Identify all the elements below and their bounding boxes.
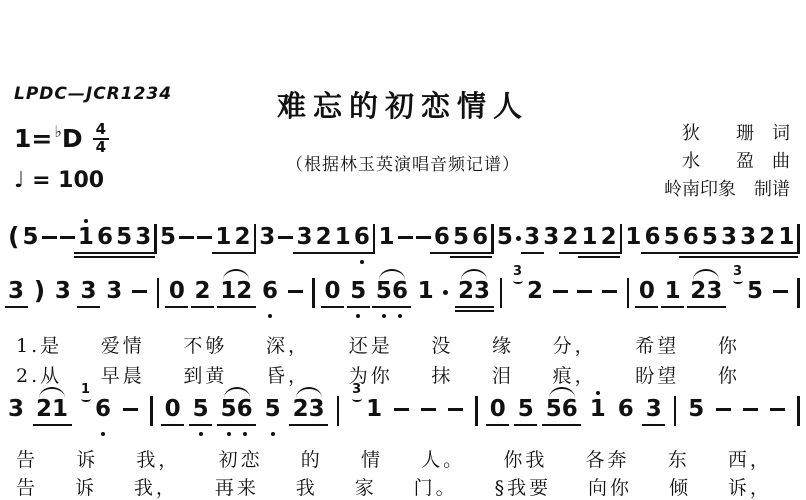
dot-token bbox=[516, 214, 521, 266]
note-token: 35 bbox=[747, 268, 763, 320]
note-digit: 2 bbox=[759, 224, 775, 250]
note-digit-zone: 1 bbox=[625, 224, 641, 250]
time-signature: 4 4 bbox=[93, 122, 109, 156]
note-token: 2 bbox=[601, 214, 617, 266]
underline-zone bbox=[309, 422, 325, 431]
note-digit-zone: 1 bbox=[78, 224, 94, 250]
dash-token bbox=[288, 268, 303, 320]
note-digit-zone bbox=[42, 224, 57, 250]
note-digit-zone: 6 bbox=[472, 224, 488, 250]
note-underline bbox=[775, 256, 798, 259]
note-token: 0 bbox=[639, 268, 655, 320]
key-note: D bbox=[62, 124, 83, 153]
note-digit-zone bbox=[398, 224, 413, 250]
lyric-row: 告诉我，初恋的情人。你我各奔东西， bbox=[16, 445, 772, 472]
note-digit-zone: 0 bbox=[165, 396, 181, 422]
note-digit-zone: 5 bbox=[688, 396, 704, 422]
note-token: 1 bbox=[215, 214, 231, 266]
note-digit: 1 bbox=[335, 224, 351, 250]
note-token: 2 bbox=[195, 268, 211, 320]
underline-zone bbox=[601, 250, 617, 259]
note-underline bbox=[469, 252, 492, 255]
dash-icon bbox=[716, 408, 731, 411]
note-token: 1 bbox=[379, 214, 395, 266]
octave-dot-below-zone bbox=[101, 431, 105, 438]
lyric-word: 人。 bbox=[421, 445, 465, 472]
underline-zone bbox=[132, 304, 147, 313]
note-digit-zone: 5 bbox=[664, 224, 680, 250]
note-digit: 3 bbox=[135, 224, 151, 250]
note-digit: 5 bbox=[116, 224, 132, 250]
underline-zone bbox=[524, 250, 540, 259]
note-digit: 2 bbox=[527, 278, 543, 304]
note-underline bbox=[77, 306, 100, 309]
note-digit-zone: 1 bbox=[590, 396, 606, 422]
note-token: 5 bbox=[350, 268, 366, 320]
note-token: 3 bbox=[721, 214, 737, 266]
underline-zone bbox=[123, 422, 138, 431]
note-digit: 2 bbox=[601, 224, 617, 250]
note-digit: 5 bbox=[23, 224, 39, 250]
note-underline bbox=[775, 252, 798, 255]
lyric-word: 门。 bbox=[414, 473, 458, 500]
underline-zone bbox=[8, 304, 24, 313]
octave-dot-below bbox=[360, 260, 364, 264]
octave-dot-below-zone bbox=[398, 313, 402, 320]
transcriber-credit: 岭南印象 制谱 bbox=[664, 176, 790, 204]
paren-glyph: ( bbox=[8, 224, 19, 250]
note-underline bbox=[471, 306, 494, 309]
lyric-word: 为你 bbox=[349, 361, 393, 388]
note-underline bbox=[597, 256, 620, 259]
lyric-word: 情 bbox=[361, 445, 383, 472]
dash-token bbox=[770, 386, 785, 438]
underline-zone bbox=[518, 422, 534, 431]
dash-token bbox=[42, 214, 57, 266]
underline-zone bbox=[688, 422, 704, 431]
note-underline bbox=[486, 424, 509, 427]
barline bbox=[627, 278, 630, 308]
slur-group: 21 bbox=[36, 386, 68, 438]
note-digit-zone bbox=[448, 396, 463, 422]
lyric-word: 告 bbox=[16, 473, 38, 500]
dash-icon bbox=[132, 290, 147, 293]
note-digit-zone: 6 bbox=[683, 224, 699, 250]
underline-zone bbox=[197, 250, 212, 259]
note-token: 6 bbox=[237, 386, 253, 438]
note-digit-zone bbox=[443, 278, 448, 304]
note-digit-zone bbox=[197, 224, 212, 250]
octave-dot-below bbox=[356, 314, 360, 318]
note-digit-zone: 1 bbox=[379, 224, 395, 250]
note-underline bbox=[350, 252, 373, 255]
note-token: 3 bbox=[740, 214, 756, 266]
composer-credit: 水 盈 曲 bbox=[664, 148, 790, 176]
underline-zone bbox=[169, 304, 185, 313]
barline bbox=[154, 224, 157, 254]
note-digit-zone: 1 bbox=[418, 278, 434, 304]
note-digit-zone: 5 bbox=[497, 224, 513, 250]
note-underline bbox=[321, 306, 344, 309]
dash-icon bbox=[278, 236, 293, 239]
meter-denominator: 4 bbox=[96, 140, 106, 156]
underline-zone bbox=[497, 250, 513, 259]
underline-zone bbox=[773, 304, 788, 313]
dash-icon bbox=[398, 236, 413, 239]
dash-token bbox=[716, 386, 731, 438]
note-digit: 6 bbox=[472, 224, 488, 250]
note-underline bbox=[642, 424, 665, 427]
dash-icon bbox=[42, 236, 57, 239]
note-digit: 0 bbox=[165, 396, 181, 422]
underline-zone bbox=[78, 250, 94, 259]
lyric-word: 昏， bbox=[266, 361, 310, 388]
barline bbox=[475, 396, 478, 426]
note-digit-zone: 6 bbox=[95, 396, 111, 422]
barline bbox=[620, 224, 623, 254]
octave-dot-below bbox=[243, 432, 247, 436]
note-token: 3 bbox=[474, 268, 490, 320]
note-token: 6 bbox=[354, 214, 370, 266]
dash-icon bbox=[770, 408, 785, 411]
note-token: 1 bbox=[335, 214, 351, 266]
score-line-3: 3211605565233105561635 bbox=[8, 386, 800, 438]
underline-zone bbox=[42, 250, 57, 259]
underline-zone bbox=[553, 304, 568, 313]
note-token: 32 bbox=[527, 268, 543, 320]
note-digit-zone: 3 bbox=[8, 396, 24, 422]
note-digit-zone: 3 bbox=[309, 396, 325, 422]
note-token: 0 bbox=[165, 386, 181, 438]
underline-zone bbox=[135, 250, 151, 259]
note-underline bbox=[388, 306, 411, 309]
note-digit: 2 bbox=[690, 278, 706, 304]
note-digit-zone: 3 bbox=[740, 224, 756, 250]
underline-zone bbox=[706, 304, 722, 313]
dash-token bbox=[743, 386, 758, 438]
note-token: 3 bbox=[646, 386, 662, 438]
underline-zone bbox=[702, 250, 718, 259]
note-token: 5 bbox=[518, 386, 534, 438]
note-token: 2 bbox=[316, 214, 332, 266]
dot-token bbox=[443, 268, 448, 320]
note-token: 3 bbox=[8, 268, 24, 320]
note-digit: 1 bbox=[379, 224, 395, 250]
note-token: 5 bbox=[160, 214, 176, 266]
dash-icon bbox=[394, 408, 409, 411]
note-digit: 3 bbox=[55, 278, 71, 304]
dash-token bbox=[416, 214, 431, 266]
octave-dot-below bbox=[268, 314, 272, 318]
barline bbox=[157, 278, 160, 308]
note-digit: 6 bbox=[97, 224, 113, 250]
underline-zone bbox=[581, 250, 597, 259]
underline-zone bbox=[236, 304, 252, 313]
lyric-word: 缘 bbox=[492, 331, 514, 358]
barline bbox=[797, 396, 800, 426]
slur-group: 56 bbox=[221, 386, 253, 438]
note-token: 5 bbox=[23, 214, 39, 266]
note-token: 5 bbox=[376, 268, 392, 320]
underline-zone bbox=[60, 250, 75, 259]
lyric-word: 初恋 bbox=[219, 445, 263, 472]
note-digit-zone: 0 bbox=[169, 278, 185, 304]
note-digit: 3 bbox=[8, 278, 24, 304]
underline-zone bbox=[234, 250, 250, 259]
score-line-2: 3)33302126055612332012335 bbox=[8, 268, 800, 320]
underline-zone bbox=[646, 422, 662, 431]
octave-dot-below-zone bbox=[360, 259, 364, 266]
note-digit: 5 bbox=[221, 396, 237, 422]
underline-zone bbox=[34, 304, 45, 313]
lyric-word: 你我 bbox=[503, 445, 547, 472]
note-digit-zone bbox=[132, 278, 147, 304]
note-digit: 2 bbox=[195, 278, 211, 304]
paren-glyph: ) bbox=[34, 278, 45, 304]
lyric-word: 诉 bbox=[75, 473, 97, 500]
note-digit-zone: 6 bbox=[618, 396, 634, 422]
underline-zone bbox=[52, 422, 68, 431]
lyric-row: 1.是爱情不够深，还是没缘分，希望你 bbox=[16, 331, 740, 358]
note-digit-zone: 3 bbox=[81, 278, 97, 304]
note-token: 2 bbox=[293, 386, 309, 438]
note-token: 1 bbox=[52, 386, 68, 438]
underline-zone bbox=[448, 422, 463, 431]
note-underline bbox=[5, 306, 28, 309]
underline-zone bbox=[747, 304, 763, 313]
note-digit-zone bbox=[123, 396, 138, 422]
note-token: 1 bbox=[581, 214, 597, 266]
underline-zone bbox=[8, 250, 19, 259]
note-digit: 5 bbox=[376, 278, 392, 304]
underline-zone bbox=[602, 304, 617, 313]
lyric-word: 深， bbox=[266, 331, 310, 358]
paren-token: ) bbox=[34, 268, 45, 320]
note-digit: 1 bbox=[366, 396, 382, 422]
note-digit-zone: 5 bbox=[702, 224, 718, 250]
note-digit-zone: 3 bbox=[135, 224, 151, 250]
note-digit-zone: 6 bbox=[392, 278, 408, 304]
note-token: 3 bbox=[8, 386, 24, 438]
dash-icon bbox=[288, 290, 303, 293]
note-token: 6 bbox=[434, 214, 450, 266]
underline-zone bbox=[215, 250, 231, 259]
note-underline bbox=[469, 256, 492, 259]
lyric-word: 2.从 bbox=[16, 361, 62, 388]
lyric-word: 诉， bbox=[728, 473, 772, 500]
dash-token bbox=[179, 214, 194, 266]
note-digit: 1 bbox=[778, 224, 794, 250]
underline-zone bbox=[434, 250, 450, 259]
lyric-word: 向你 bbox=[588, 473, 632, 500]
octave-dot-above bbox=[84, 219, 88, 223]
note-token: 1 bbox=[625, 214, 641, 266]
flat-icon: ♭ bbox=[54, 122, 62, 141]
note-digit-zone: 5 bbox=[747, 278, 763, 304]
note-digit: 2 bbox=[36, 396, 52, 422]
underline-zone bbox=[416, 250, 431, 259]
quarter-note-icon: ♩ bbox=[14, 168, 24, 193]
dash-icon bbox=[773, 290, 788, 293]
note-digit-zone: 1 bbox=[220, 278, 236, 304]
note-digit-zone: 0 bbox=[639, 278, 655, 304]
note-digit: 3 bbox=[706, 278, 722, 304]
note-token: 5 bbox=[265, 386, 281, 438]
slur-group: 12 bbox=[220, 268, 252, 320]
note-digit-zone: 5 bbox=[23, 224, 39, 250]
dash-token bbox=[421, 386, 436, 438]
dash-icon bbox=[197, 236, 212, 239]
lyric-word: 西， bbox=[728, 445, 772, 472]
octave-dot-below-zone bbox=[382, 313, 386, 320]
note-underline bbox=[189, 424, 212, 427]
lyric-word: 分， bbox=[553, 331, 597, 358]
lyric-word: 倾 bbox=[669, 473, 691, 500]
lyric-word: §我要 bbox=[495, 473, 552, 500]
underline-zone bbox=[618, 422, 634, 431]
underline-zone bbox=[421, 422, 436, 431]
note-digit-zone: 3 bbox=[55, 278, 71, 304]
note-digit: 0 bbox=[169, 278, 185, 304]
dash-icon bbox=[421, 408, 436, 411]
note-token: 1 bbox=[778, 214, 794, 266]
note-token: 6 bbox=[262, 268, 278, 320]
underline-zone bbox=[193, 422, 209, 431]
dash-icon bbox=[577, 290, 592, 293]
slur-group: 23 bbox=[458, 268, 490, 320]
note-digit-zone: ) bbox=[34, 278, 45, 304]
credits-block: 狄 珊 词 水 盈 曲 岭南印象 制谱 bbox=[664, 120, 790, 204]
note-digit-zone: 1 bbox=[581, 224, 597, 250]
note-token: 3 bbox=[106, 268, 122, 320]
lyric-word: 到黄 bbox=[183, 361, 227, 388]
dash-token bbox=[394, 386, 409, 438]
note-digit-zone bbox=[770, 396, 785, 422]
octave-dot-below bbox=[101, 432, 105, 436]
dash-icon bbox=[602, 290, 617, 293]
note-digit: 1 bbox=[625, 224, 641, 250]
note-underline bbox=[703, 306, 726, 309]
slur-group: 23 bbox=[690, 268, 722, 320]
underline-zone bbox=[97, 250, 113, 259]
lyric-word: 各奔 bbox=[586, 445, 630, 472]
tempo-value: = 100 bbox=[32, 168, 104, 193]
underline-zone bbox=[527, 304, 543, 313]
underline-zone bbox=[683, 250, 699, 259]
underline-zone bbox=[325, 304, 341, 313]
note-digit: 5 bbox=[702, 224, 718, 250]
barline bbox=[150, 396, 153, 426]
note-token: 3 bbox=[543, 214, 559, 266]
lyric-word: 再来 bbox=[215, 473, 259, 500]
note-digit: 6 bbox=[644, 224, 660, 250]
note-digit-zone bbox=[516, 224, 521, 250]
note-token: 2 bbox=[690, 268, 706, 320]
octave-dot-below bbox=[227, 432, 231, 436]
note-digit-zone: 0 bbox=[490, 396, 506, 422]
underline-zone bbox=[95, 422, 111, 431]
note-underline bbox=[233, 306, 256, 309]
lyric-word: 抹 bbox=[431, 361, 453, 388]
note-underline bbox=[165, 306, 188, 309]
grace-note: 3 bbox=[733, 265, 743, 284]
lyric-word: 你 bbox=[718, 331, 740, 358]
note-digit-zone bbox=[716, 396, 731, 422]
dash-icon bbox=[416, 236, 431, 239]
note-digit: 5 bbox=[350, 278, 366, 304]
note-digit: 2 bbox=[562, 224, 578, 250]
note-digit: 5 bbox=[688, 396, 704, 422]
note-digit: 1 bbox=[215, 224, 231, 250]
note-token: 6 bbox=[683, 214, 699, 266]
underline-zone bbox=[160, 250, 176, 259]
lyric-row: 2.从早晨到黄昏，为你抹泪痕，盼望你 bbox=[16, 361, 740, 388]
dash-token bbox=[448, 386, 463, 438]
underline-zone bbox=[278, 250, 293, 259]
note-digit: 5 bbox=[747, 278, 763, 304]
underline-zone bbox=[472, 250, 488, 259]
underline-zone bbox=[543, 250, 559, 259]
dash-icon bbox=[60, 236, 75, 239]
underline-zone bbox=[392, 304, 408, 313]
underline-zone bbox=[644, 250, 660, 259]
lyric-word: 早晨 bbox=[101, 361, 145, 388]
note-token: 6 bbox=[97, 214, 113, 266]
dash-token bbox=[132, 268, 147, 320]
underline-zone bbox=[106, 304, 122, 313]
note-digit: 6 bbox=[262, 278, 278, 304]
note-digit-zone: 2 bbox=[759, 224, 775, 250]
note-digit: 5 bbox=[518, 396, 534, 422]
note-digit-zone: 3 bbox=[8, 278, 24, 304]
underline-zone bbox=[665, 304, 681, 313]
note-digit-zone: 5 bbox=[546, 396, 562, 422]
underline-zone bbox=[453, 250, 469, 259]
tempo-marking: ♩ = 100 bbox=[14, 168, 104, 193]
note-digit-zone: 2 bbox=[316, 224, 332, 250]
note-digit: 6 bbox=[237, 396, 253, 422]
dash-token bbox=[278, 214, 293, 266]
augmentation-dot bbox=[443, 290, 448, 295]
octave-dot-below bbox=[382, 314, 386, 318]
barline bbox=[491, 224, 494, 254]
barline bbox=[500, 278, 503, 308]
note-digit: 3 bbox=[721, 224, 737, 250]
note-token: 2 bbox=[36, 386, 52, 438]
note-digit-zone: 2 bbox=[236, 278, 252, 304]
note-digit-zone: 3 bbox=[524, 224, 540, 250]
note-token: 3 bbox=[524, 214, 540, 266]
paren-token: ( bbox=[8, 214, 19, 266]
note-digit-zone: 1 bbox=[778, 224, 794, 250]
note-digit-zone bbox=[743, 396, 758, 422]
note-digit: 0 bbox=[639, 278, 655, 304]
note-digit-zone: 6 bbox=[262, 278, 278, 304]
barline bbox=[337, 396, 340, 426]
note-token: 1 bbox=[220, 268, 236, 320]
dash-icon bbox=[123, 408, 138, 411]
underline-zone bbox=[639, 304, 655, 313]
note-token: 0 bbox=[325, 268, 341, 320]
dash-token bbox=[553, 268, 568, 320]
lyric-word: 东 bbox=[668, 445, 690, 472]
note-digit-zone: 5 bbox=[160, 224, 176, 250]
note-digit-zone: 1 bbox=[665, 278, 681, 304]
note-digit-zone: 5 bbox=[116, 224, 132, 250]
underline-zone bbox=[8, 422, 24, 431]
underline-zone bbox=[577, 304, 592, 313]
note-digit: 5 bbox=[546, 396, 562, 422]
